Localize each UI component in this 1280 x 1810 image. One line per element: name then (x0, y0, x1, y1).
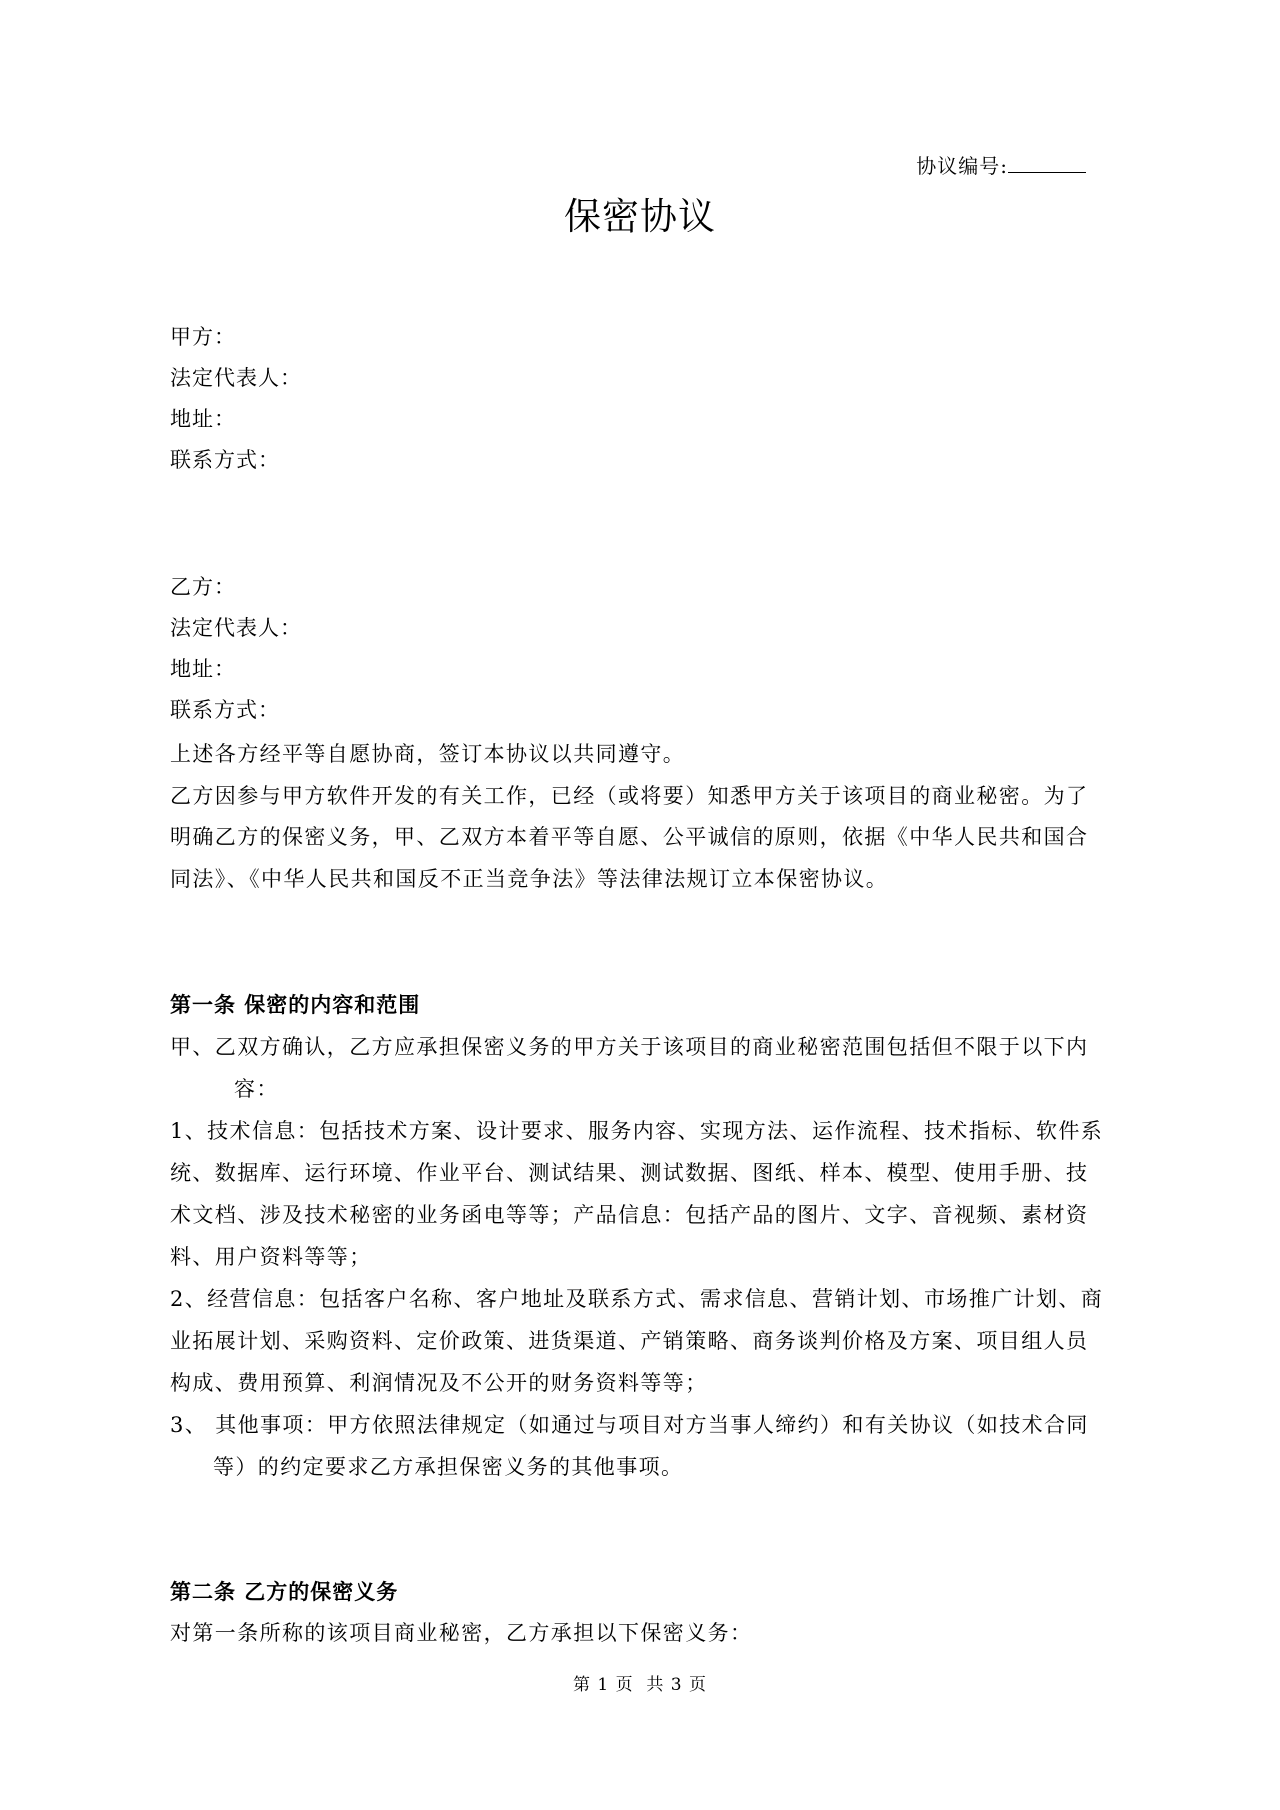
contract-line: 料、用户资料等等； (170, 1236, 1118, 1278)
party-b-contact-label: 联系方式： (170, 690, 302, 731)
contract-line: 术文档、涉及技术秘密的业务函电等等；产品信息：包括产品的图片、文字、音视频、素材… (170, 1194, 1118, 1236)
agreement-number-blank (1008, 150, 1086, 173)
party-a-block: 甲方： 法定代表人： 地址： 联系方式： (170, 317, 302, 481)
party-a-contact-label: 联系方式： (170, 440, 302, 481)
section-1-heading: 第一条 保密的内容和范围 (170, 984, 420, 1026)
page-number-footer: 第 1 页 共 3 页 (0, 1672, 1280, 1698)
contract-line: 业拓展计划、采购资料、定价政策、进货渠道、产销策略、商务谈判价格及方案、项目组人… (170, 1320, 1118, 1362)
section-2-body: 对第一条所称的该项目商业秘密，乙方承担以下保密义务： (170, 1612, 1118, 1654)
contract-line: 甲、乙双方确认，乙方应承担保密义务的甲方关于该项目的商业秘密范围包括但不限于以下… (170, 1026, 1118, 1068)
party-a-legal-representative-label: 法定代表人： (170, 358, 302, 399)
contract-line: 统、数据库、运行环境、作业平台、测试结果、测试数据、图纸、样本、模型、使用手册、… (170, 1152, 1118, 1194)
document-title: 保密协议 (0, 194, 1280, 240)
intro-line: 明确乙方的保密义务，甲、乙双方本着平等自愿、公平诚信的原则，依据《中华人民共和国… (170, 817, 1118, 859)
contract-line: 2、经营信息：包括客户名称、客户地址及联系方式、需求信息、营销计划、市场推广计划… (170, 1278, 1118, 1320)
party-b-address-label: 地址： (170, 649, 302, 690)
agreement-number-line: 协议编号: (170, 150, 1086, 182)
party-b-block: 乙方： 法定代表人： 地址： 联系方式： (170, 567, 302, 731)
party-b-label: 乙方： (170, 567, 302, 608)
contract-page: 协议编号: 保密协议 甲方： 法定代表人： 地址： 联系方式： 乙方： 法定代表… (0, 0, 1280, 1810)
intro-line: 上述各方经平等自愿协商，签订本协议以共同遵守。 (170, 734, 1118, 776)
intro-line: 乙方因参与甲方软件开发的有关工作，已经（或将要）知悉甲方关于该项目的商业秘密。为… (170, 776, 1118, 818)
contract-line: 3、 其他事项：甲方依照法律规定（如通过与项目对方当事人缔约）和有关协议（如技术… (170, 1404, 1118, 1446)
agreement-number-label: 协议编号: (916, 154, 1008, 178)
contract-line: 1、技术信息：包括技术方案、设计要求、服务内容、实现方法、运作流程、技术指标、软… (170, 1110, 1118, 1152)
intro-line: 同法》、《中华人民共和国反不正当竞争法》等法律法规订立本保密协议。 (170, 859, 1118, 901)
section-1-body: 甲、乙双方确认，乙方应承担保密义务的甲方关于该项目的商业秘密范围包括但不限于以下… (170, 1026, 1118, 1488)
contract-line: 对第一条所称的该项目商业秘密，乙方承担以下保密义务： (170, 1612, 1118, 1654)
section-2-heading: 第二条 乙方的保密义务 (170, 1571, 398, 1613)
contract-line: 容： (170, 1068, 1118, 1110)
contract-line: 等）的约定要求乙方承担保密义务的其他事项。 (170, 1446, 1118, 1488)
intro-paragraphs: 上述各方经平等自愿协商，签订本协议以共同遵守。 乙方因参与甲方软件开发的有关工作… (170, 734, 1118, 900)
party-a-address-label: 地址： (170, 399, 302, 440)
contract-line: 构成、费用预算、利润情况及不公开的财务资料等等； (170, 1362, 1118, 1404)
party-b-legal-representative-label: 法定代表人： (170, 608, 302, 649)
party-a-label: 甲方： (170, 317, 302, 358)
